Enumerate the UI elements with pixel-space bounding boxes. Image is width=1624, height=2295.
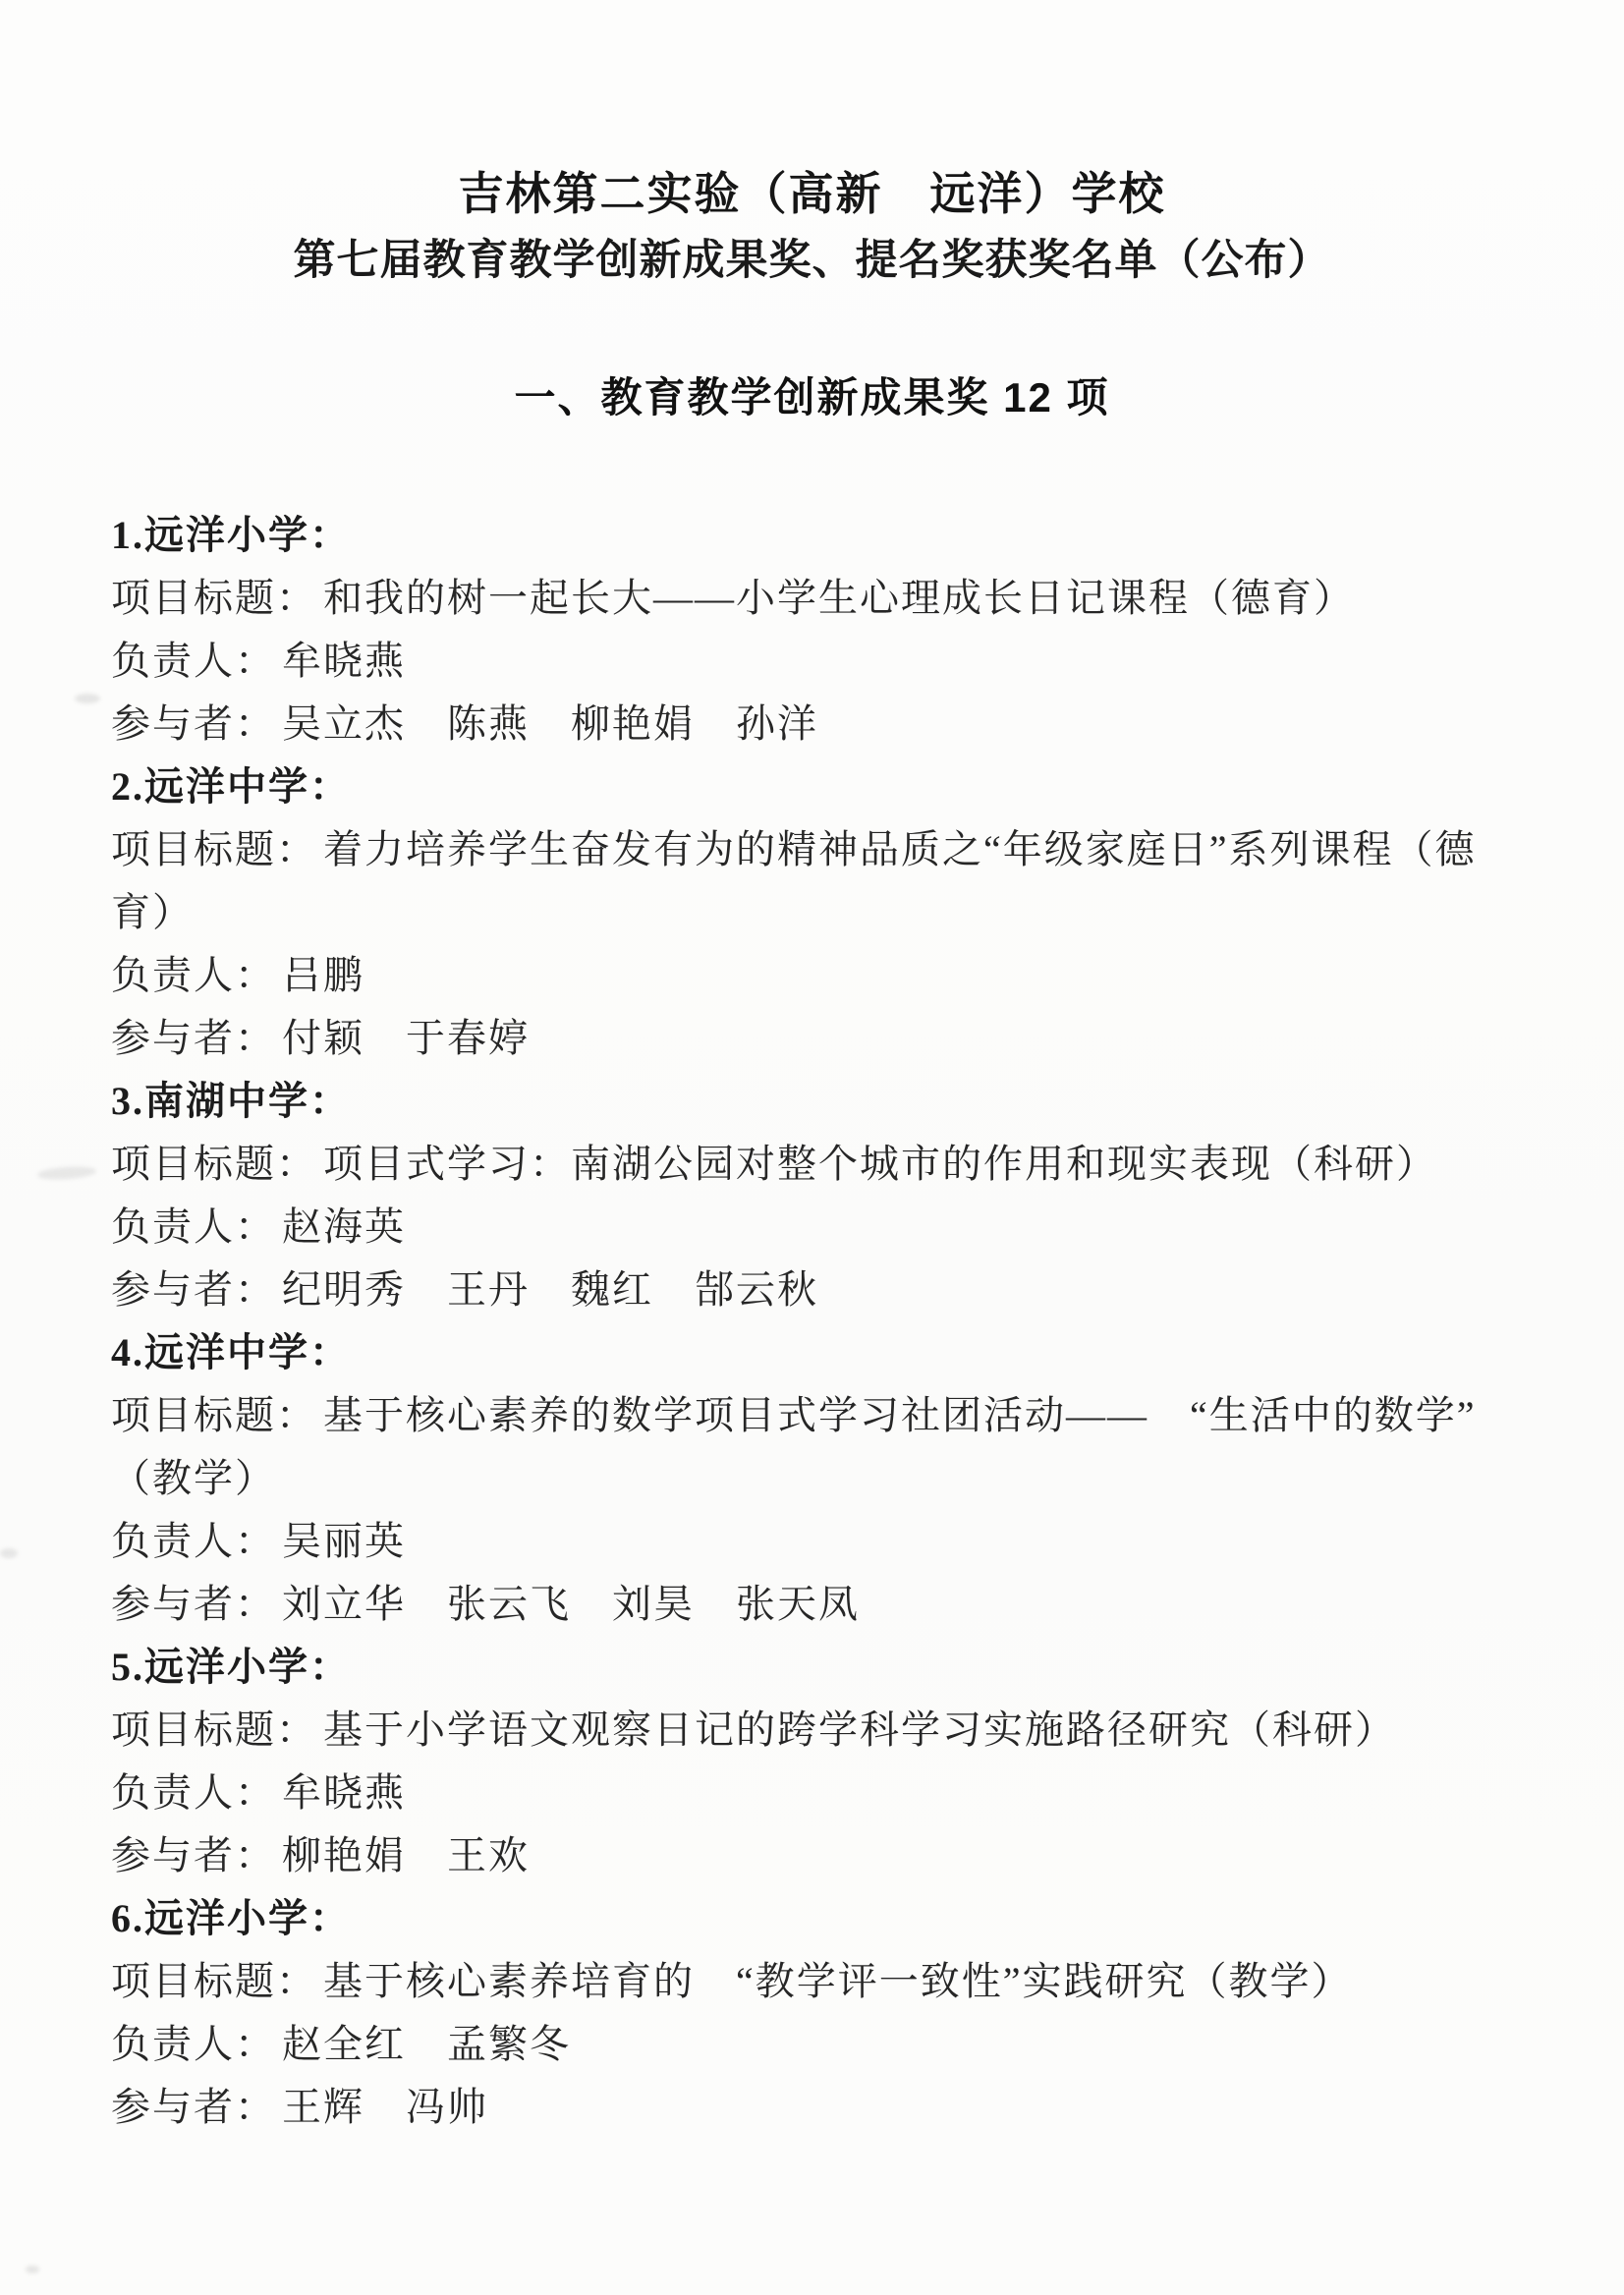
participants-label: 参与者： [111,1267,276,1312]
participants-label: 参与者： [111,1833,276,1877]
project-title-text: 基于小学语文观察日记的跨学科学习实施路径研究（科研） [323,1707,1396,1752]
project-title-line: 项目标题：基于核心素养培育的 “教学评一致性”实践研究（教学） [111,1950,1526,2013]
leader-label: 负责人： [111,1204,276,1249]
project-title-text: 基于核心素养培育的 “教学评一致性”实践研究（教学） [323,1959,1353,2003]
document-subtitle: 第七届教育教学创新成果奖、提名奖获奖名单（公布） [0,237,1624,285]
project-title-text: 项目式学习：南湖公园对整个城市的作用和现实表现（科研） [323,1142,1437,1186]
scan-smudge-artifact [0,1548,18,1558]
participants-names: 刘立华 张云飞 刘昊 张天凤 [282,1582,860,1626]
item-school-heading: 6.远洋小学： [111,1887,1526,1950]
award-item: 2.远洋中学： 项目标题：着力培养学生奋发有为的精神品质之“年级家庭日”系列课程… [111,756,1526,1070]
participants-line: 参与者：付颖 于春婷 [111,1007,1526,1070]
participants-line: 参与者：柳艳娟 王欢 [111,1824,1526,1887]
participants-names: 王辉 冯帅 [282,2085,488,2129]
participants-line: 参与者：吴立杰 陈燕 柳艳娟 孙洋 [111,693,1526,756]
leader-line: 负责人：赵海英 [111,1196,1526,1259]
leader-line: 负责人：赵全红 孟繁冬 [111,2013,1526,2076]
project-title-label: 项目标题： [111,1707,317,1752]
document-page: 吉林第二实验（高新 远洋）学校 第七届教育教学创新成果奖、提名奖获奖名单（公布）… [0,0,1624,2295]
project-title-line: 项目标题：着力培养学生奋发有为的精神品质之“年级家庭日”系列课程（德育） [111,818,1526,944]
scan-smudge-artifact [37,1165,97,1181]
leader-line: 负责人：牟晓燕 [111,1762,1526,1824]
project-title-line: 项目标题：项目式学习：南湖公园对整个城市的作用和现实表现（科研） [111,1133,1526,1196]
award-item: 5.远洋小学： 项目标题：基于小学语文观察日记的跨学科学习实施路径研究（科研） … [111,1636,1526,1887]
section-heading: 一、教育教学创新成果奖 12 项 [0,375,1624,420]
project-title-line: 项目标题：和我的树一起长大——小学生心理成长日记课程（德育） [111,567,1526,630]
award-item: 3.南湖中学： 项目标题：项目式学习：南湖公园对整个城市的作用和现实表现（科研）… [111,1070,1526,1321]
project-title-line: 项目标题：基于核心素养的数学项目式学习社团活动—— “生活中的数学”（教学） [111,1384,1526,1510]
leader-names: 赵全红 孟繁冬 [282,2022,571,2066]
award-list: 1.远洋小学： 项目标题：和我的树一起长大——小学生心理成长日记课程（德育） 负… [111,504,1526,2139]
document-title: 吉林第二实验（高新 远洋）学校 [0,169,1624,221]
participants-label: 参与者： [111,1582,276,1626]
leader-line: 负责人：吴丽英 [111,1510,1526,1573]
item-school-heading: 1.远洋小学： [111,504,1526,567]
leader-names: 吕鹏 [282,953,364,997]
leader-label: 负责人： [111,953,276,997]
participants-names: 吴立杰 陈燕 柳艳娟 孙洋 [282,701,818,746]
project-title-text: 和我的树一起长大——小学生心理成长日记课程（德育） [323,576,1355,620]
participants-names: 柳艳娟 王欢 [282,1833,530,1877]
participants-line: 参与者：刘立华 张云飞 刘昊 张天凤 [111,1573,1526,1636]
leader-label: 负责人： [111,2022,276,2066]
project-title-label: 项目标题： [111,1142,317,1186]
participants-label: 参与者： [111,2085,276,2129]
leader-label: 负责人： [111,639,276,683]
project-title-label: 项目标题： [111,827,317,871]
leader-names: 牟晓燕 [282,1770,406,1815]
project-title-label: 项目标题： [111,1393,317,1437]
project-title-label: 项目标题： [111,1959,317,2003]
scan-smudge-artifact [75,694,100,703]
participants-line: 参与者：纪明秀 王丹 魏红 郜云秋 [111,1259,1526,1321]
leader-label: 负责人： [111,1519,276,1563]
item-school-heading: 2.远洋中学： [111,756,1526,818]
award-item: 6.远洋小学： 项目标题：基于核心素养培育的 “教学评一致性”实践研究（教学） … [111,1887,1526,2139]
leader-names: 牟晓燕 [282,639,406,683]
leader-names: 吴丽英 [282,1519,406,1563]
participants-names: 付颖 于春婷 [282,1016,530,1060]
scan-smudge-artifact [26,2266,39,2273]
item-school-heading: 5.远洋小学： [111,1636,1526,1699]
award-item: 4.远洋中学： 项目标题：基于核心素养的数学项目式学习社团活动—— “生活中的数… [111,1321,1526,1636]
leader-names: 赵海英 [282,1204,406,1249]
project-title-label: 项目标题： [111,576,317,620]
participants-line: 参与者：王辉 冯帅 [111,2076,1526,2139]
award-item: 1.远洋小学： 项目标题：和我的树一起长大——小学生心理成长日记课程（德育） 负… [111,504,1526,756]
leader-line: 负责人：吕鹏 [111,944,1526,1007]
leader-label: 负责人： [111,1770,276,1815]
item-school-heading: 3.南湖中学： [111,1070,1526,1133]
participants-label: 参与者： [111,701,276,746]
item-school-heading: 4.远洋中学： [111,1321,1526,1384]
participants-label: 参与者： [111,1016,276,1060]
project-title-line: 项目标题：基于小学语文观察日记的跨学科学习实施路径研究（科研） [111,1699,1526,1762]
leader-line: 负责人：牟晓燕 [111,630,1526,693]
participants-names: 纪明秀 王丹 魏红 郜云秋 [282,1267,818,1312]
